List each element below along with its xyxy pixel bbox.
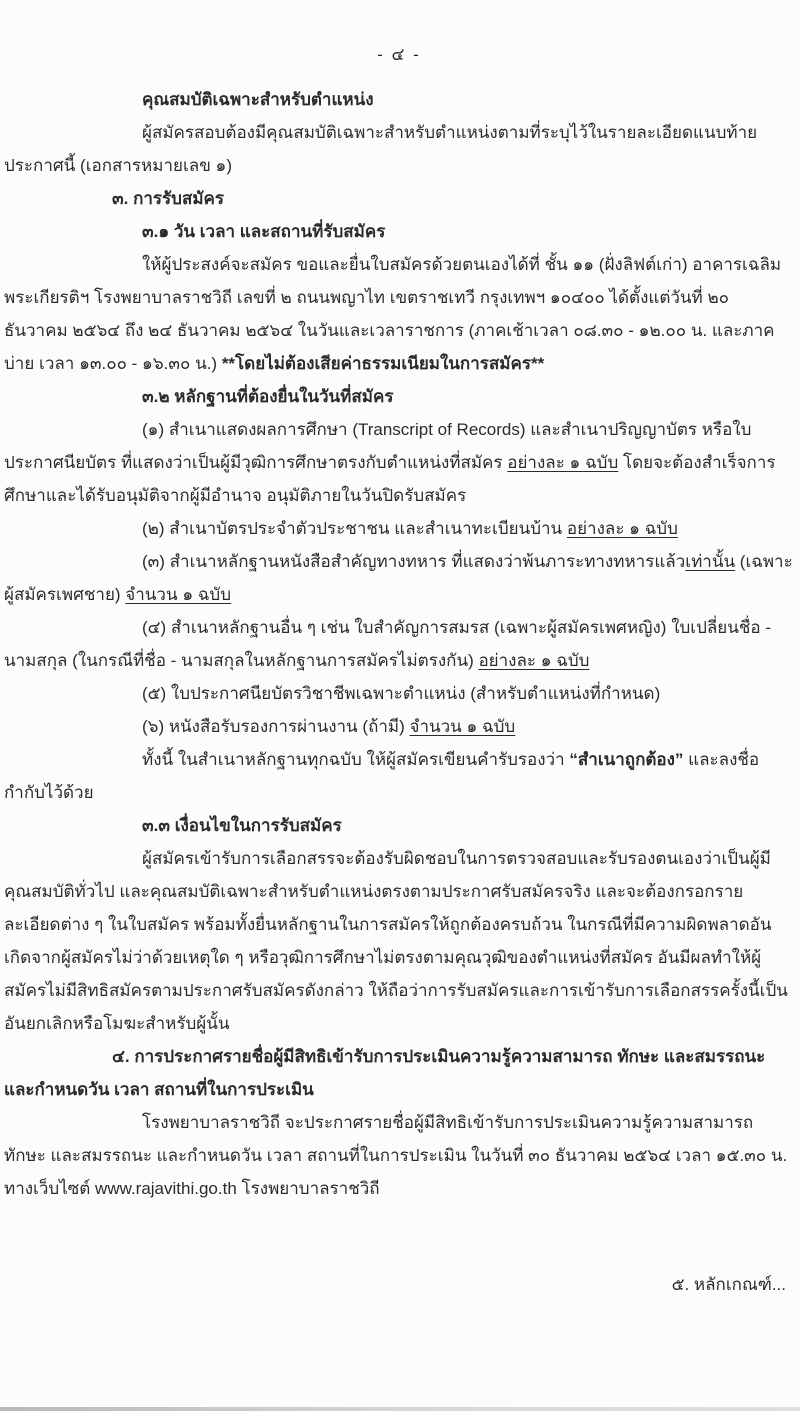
text-segment: ๓. การรับสมัคร: [112, 189, 224, 208]
section-3-2-heading: ๓.๒ หลักฐานที่ต้องยื่นในวันที่สมัคร: [4, 380, 794, 413]
application-details-paragraph: ให้ผู้ประสงค์จะสมัคร ขอและยื่นใบสมัครด้ว…: [4, 248, 794, 380]
text-segment: (๕) ใบประกาศนียบัตรวิชาชีพเฉพาะตำแหน่ง (…: [142, 684, 660, 703]
text-segment: อย่างละ ๑ ฉบับ: [567, 519, 678, 538]
certified-copy-note: ทั้งนี้ ในสำเนาหลักฐานทุกฉบับ ให้ผู้สมัค…: [4, 743, 794, 809]
specific-qualifications-paragraph: ผู้สมัครสอบต้องมีคุณสมบัติเฉพาะสำหรับตำแ…: [4, 116, 794, 182]
text-segment: (๔) สำเนาหลักฐานอื่น ๆ เช่น ใบสำคัญการสม…: [4, 618, 771, 670]
document-item-1: (๑) สำเนาแสดงผลการศึกษา (Transcript of R…: [4, 413, 794, 512]
text-segment: โรงพยาบาลราชวิถี จะประกาศรายชื่อผู้มีสิท…: [4, 1113, 787, 1198]
text-segment: อย่างละ ๑ ฉบับ: [478, 651, 589, 670]
section-4-heading: ๔. การประกาศรายชื่อผู้มีสิทธิเข้ารับการป…: [4, 1040, 794, 1106]
text-segment: (๓) สำเนาหลักฐานหนังสือสำคัญทางทหาร ที่แ…: [142, 552, 685, 571]
document-body: คุณสมบัติเฉพาะสำหรับตำแหน่งผู้สมัครสอบต้…: [4, 83, 794, 1205]
section-3-heading: ๓. การรับสมัคร: [4, 182, 794, 215]
scan-edge-artifact: [0, 1407, 800, 1411]
document-item-2: (๒) สำเนาบัตรประจำตัวประชาชน และสำเนาทะเ…: [4, 512, 794, 545]
section-3-3-heading: ๓.๓ เงื่อนไขในการรับสมัคร: [4, 809, 794, 842]
text-segment: ๓.๑ วัน เวลา และสถานที่รับสมัคร: [142, 222, 385, 241]
document-item-3: (๓) สำเนาหลักฐานหนังสือสำคัญทางทหาร ที่แ…: [4, 545, 794, 611]
text-segment: **โดยไม่ต้องเสียค่าธรรมเนียมในการสมัคร**: [222, 354, 544, 373]
document-item-5: (๕) ใบประกาศนียบัตรวิชาชีพเฉพาะตำแหน่ง (…: [4, 677, 794, 710]
text-segment: คุณสมบัติเฉพาะสำหรับตำแหน่ง: [142, 90, 374, 109]
text-segment: ผู้สมัครสอบต้องมีคุณสมบัติเฉพาะสำหรับตำแ…: [4, 123, 757, 175]
document-item-6: (๖) หนังสือรับรองการผ่านงาน (ถ้ามี) จำนว…: [4, 710, 794, 743]
text-segment: ทั้งนี้ ในสำเนาหลักฐานทุกฉบับ ให้ผู้สมัค…: [142, 750, 569, 769]
document-page: - ๔ - คุณสมบัติเฉพาะสำหรับตำแหน่งผู้สมัค…: [0, 0, 800, 1411]
continuation-marker: ๕. หลักเกณฑ์...: [672, 1268, 786, 1301]
document-item-4: (๔) สำเนาหลักฐานอื่น ๆ เช่น ใบสำคัญการสม…: [4, 611, 794, 677]
announcement-paragraph: โรงพยาบาลราชวิถี จะประกาศรายชื่อผู้มีสิท…: [4, 1106, 794, 1205]
text-segment: (๒) สำเนาบัตรประจำตัวประชาชน และสำเนาทะเ…: [142, 519, 567, 538]
section-3-1-heading: ๓.๑ วัน เวลา และสถานที่รับสมัคร: [4, 215, 794, 248]
text-segment: ๔. การประกาศรายชื่อผู้มีสิทธิเข้ารับการป…: [4, 1047, 765, 1099]
text-segment: ผู้สมัครเข้ารับการเลือกสรรจะต้องรับผิดชอ…: [4, 849, 788, 1033]
text-segment: จำนวน ๑ ฉบับ: [410, 717, 516, 736]
text-segment: ๓.๓ เงื่อนไขในการรับสมัคร: [142, 816, 342, 835]
text-segment: (๖) หนังสือรับรองการผ่านงาน (ถ้ามี): [142, 717, 410, 736]
text-segment: “สำเนาถูกต้อง”: [569, 750, 683, 769]
text-segment: อย่างละ ๑ ฉบับ: [507, 453, 618, 472]
specific-qualifications-heading: คุณสมบัติเฉพาะสำหรับตำแหน่ง: [4, 83, 794, 116]
text-segment: เท่านั้น: [685, 552, 735, 571]
text-segment: ๓.๒ หลักฐานที่ต้องยื่นในวันที่สมัคร: [142, 387, 393, 406]
page-number: - ๔ -: [4, 38, 794, 71]
text-segment: จำนวน ๑ ฉบับ: [125, 585, 231, 604]
conditions-paragraph: ผู้สมัครเข้ารับการเลือกสรรจะต้องรับผิดชอ…: [4, 842, 794, 1040]
